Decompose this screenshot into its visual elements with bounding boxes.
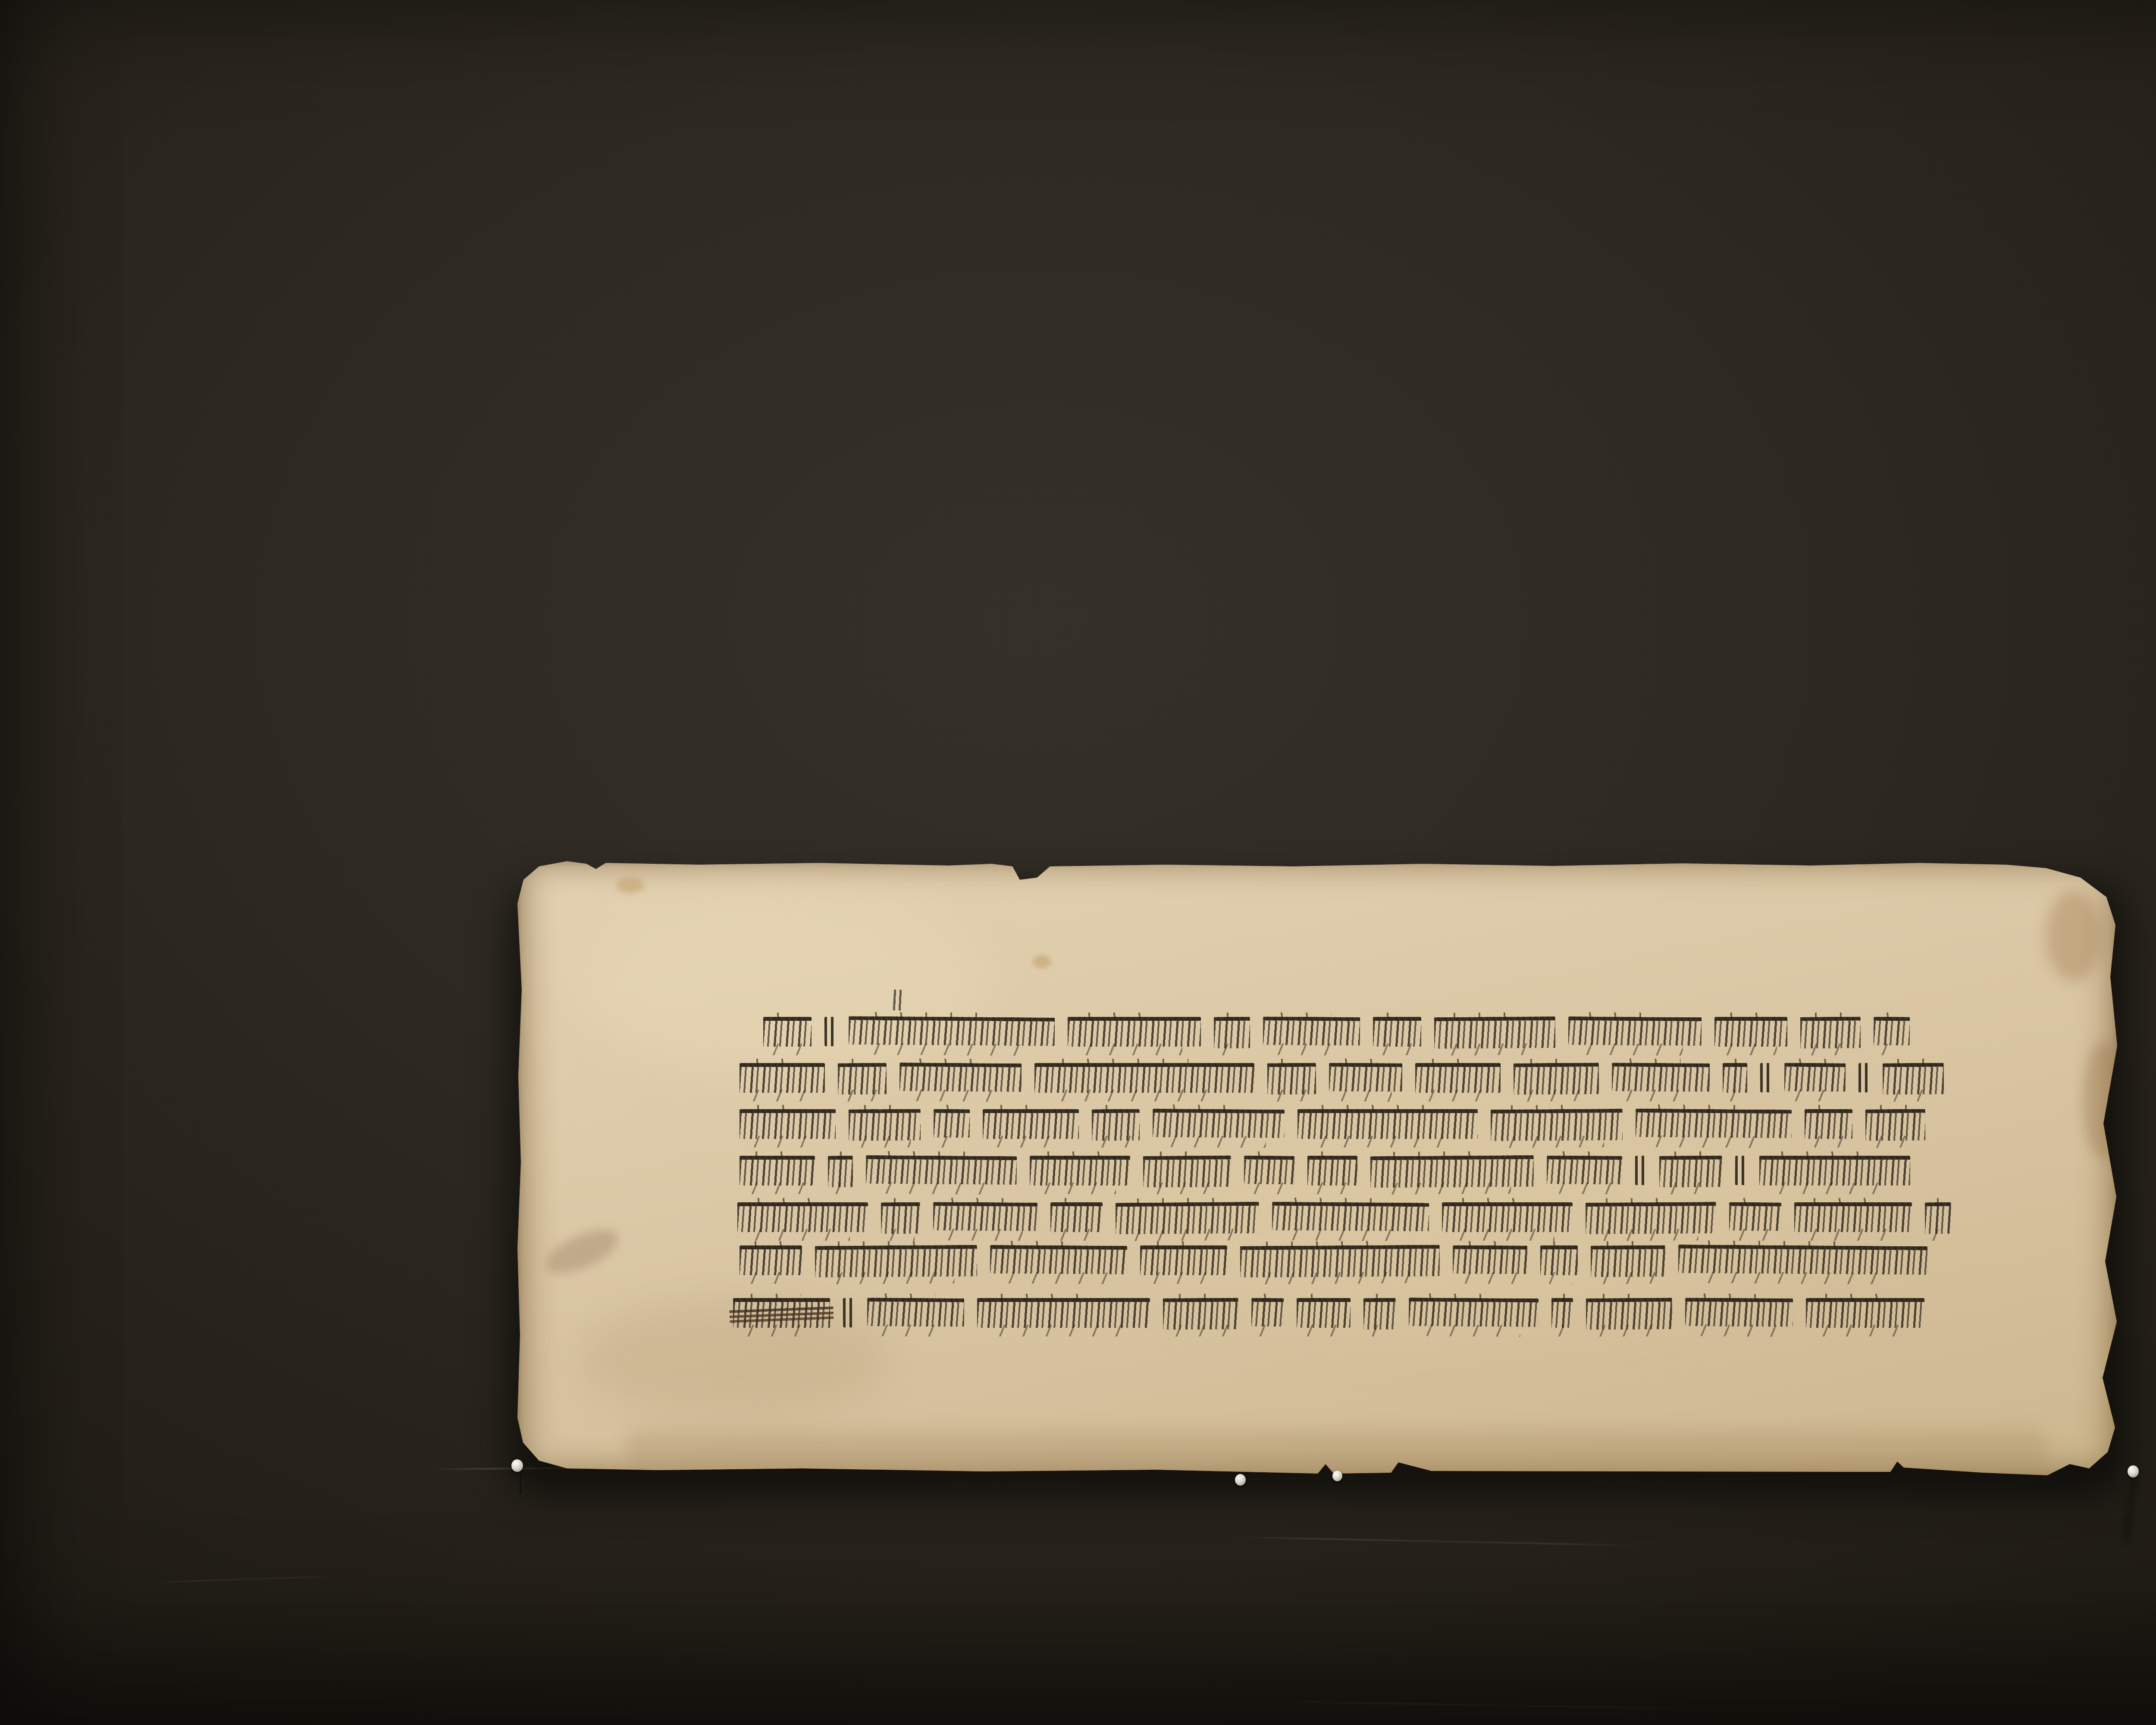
word-stroke bbox=[1805, 1109, 1852, 1139]
word-stroke bbox=[849, 1016, 1055, 1046]
pin bbox=[2128, 1465, 2139, 1477]
word-stroke bbox=[1874, 1017, 1910, 1046]
manuscript-line bbox=[763, 1017, 1910, 1045]
word-stroke bbox=[1307, 1156, 1358, 1186]
danda-mark bbox=[824, 1017, 836, 1046]
word-stroke bbox=[1568, 1016, 1702, 1046]
word-stroke bbox=[1865, 1109, 1926, 1141]
word-stroke bbox=[1373, 1017, 1421, 1047]
word-stroke bbox=[1586, 1202, 1717, 1234]
strikethrough-lines bbox=[730, 1311, 834, 1318]
word-stroke bbox=[1434, 1016, 1556, 1049]
word-stroke bbox=[740, 1063, 825, 1093]
word-stroke bbox=[1267, 1063, 1316, 1095]
word-stroke bbox=[1153, 1109, 1285, 1138]
word-stroke bbox=[1729, 1202, 1781, 1231]
scratch-mark bbox=[155, 1575, 336, 1584]
word-stroke bbox=[1586, 1298, 1673, 1330]
word-stroke bbox=[1163, 1298, 1239, 1330]
manuscript-line bbox=[740, 1063, 1945, 1091]
word-stroke bbox=[1214, 1017, 1250, 1049]
word-stroke bbox=[1491, 1109, 1623, 1141]
word-stroke bbox=[990, 1245, 1127, 1274]
word-stroke bbox=[1883, 1063, 1944, 1095]
struck-word bbox=[733, 1298, 830, 1328]
word-stroke bbox=[1092, 1109, 1140, 1141]
word-stroke bbox=[1050, 1202, 1103, 1232]
manuscript-line bbox=[740, 1156, 1910, 1184]
pin bbox=[511, 1459, 523, 1472]
word-stroke bbox=[899, 1063, 1022, 1092]
word-stroke bbox=[1272, 1202, 1429, 1232]
manuscript-page bbox=[517, 860, 2117, 1479]
danda-mark bbox=[1735, 1156, 1746, 1185]
word-stroke bbox=[1409, 1298, 1539, 1327]
insertion-mark bbox=[893, 989, 903, 1010]
word-stroke bbox=[933, 1202, 1037, 1231]
danda-mark bbox=[1635, 1156, 1646, 1185]
manuscript-photo bbox=[0, 0, 2156, 1725]
manuscript-line bbox=[740, 1245, 1927, 1274]
word-stroke bbox=[1678, 1245, 1927, 1275]
word-stroke bbox=[1297, 1109, 1478, 1139]
word-stroke bbox=[1068, 1017, 1201, 1047]
word-stroke bbox=[1034, 1063, 1254, 1093]
word-stroke bbox=[1551, 1298, 1573, 1328]
word-stroke bbox=[1297, 1298, 1351, 1328]
word-stroke bbox=[1251, 1298, 1284, 1327]
stain bbox=[540, 1221, 624, 1282]
word-stroke bbox=[815, 1245, 978, 1278]
word-stroke bbox=[740, 1109, 836, 1139]
pin-shadow bbox=[2124, 1478, 2136, 1543]
word-stroke bbox=[1329, 1063, 1402, 1091]
word-stroke bbox=[828, 1156, 853, 1187]
word-stroke bbox=[740, 1156, 815, 1186]
word-stroke bbox=[1800, 1017, 1861, 1049]
word-stroke bbox=[1363, 1298, 1396, 1330]
word-stroke bbox=[866, 1155, 1017, 1185]
stain bbox=[2046, 891, 2102, 981]
pin bbox=[1235, 1474, 1246, 1486]
word-stroke bbox=[1240, 1245, 1440, 1277]
word-stroke bbox=[1794, 1202, 1912, 1232]
word-stroke bbox=[1453, 1245, 1527, 1274]
word-stroke bbox=[1685, 1298, 1793, 1327]
scratch-mark bbox=[1272, 1700, 1703, 1709]
word-stroke bbox=[1925, 1202, 1952, 1234]
word-stroke bbox=[737, 1202, 868, 1232]
stain bbox=[625, 1430, 2048, 1466]
word-stroke bbox=[1370, 1155, 1534, 1188]
word-stroke bbox=[1514, 1063, 1599, 1095]
word-stroke bbox=[1547, 1155, 1622, 1184]
word-stroke bbox=[838, 1063, 887, 1095]
stain bbox=[617, 878, 644, 893]
word-stroke bbox=[983, 1109, 1079, 1139]
word-stroke bbox=[934, 1109, 970, 1138]
word-stroke bbox=[763, 1017, 812, 1047]
pin bbox=[1332, 1471, 1342, 1481]
word-stroke bbox=[1759, 1156, 1910, 1186]
danda-mark bbox=[1760, 1063, 1771, 1092]
danda-mark bbox=[1858, 1063, 1870, 1092]
word-stroke bbox=[1659, 1155, 1722, 1187]
stain bbox=[1033, 955, 1051, 968]
scratch-mark bbox=[1229, 1536, 1643, 1546]
word-stroke bbox=[881, 1202, 921, 1234]
word-stroke bbox=[1244, 1156, 1294, 1185]
word-stroke bbox=[1806, 1298, 1924, 1328]
word-stroke bbox=[1415, 1063, 1501, 1093]
word-stroke bbox=[1612, 1063, 1710, 1092]
word-stroke bbox=[1636, 1109, 1792, 1138]
word-stroke bbox=[1540, 1245, 1578, 1275]
word-stroke bbox=[849, 1109, 921, 1141]
word-stroke bbox=[1143, 1155, 1231, 1187]
word-stroke bbox=[1591, 1245, 1666, 1277]
word-stroke bbox=[1030, 1156, 1130, 1186]
danda-mark bbox=[843, 1298, 854, 1327]
word-stroke bbox=[740, 1245, 802, 1275]
word-stroke bbox=[1263, 1016, 1360, 1046]
word-stroke bbox=[1140, 1245, 1227, 1275]
word-stroke bbox=[1442, 1202, 1573, 1232]
word-stroke bbox=[977, 1298, 1150, 1328]
word-stroke bbox=[867, 1298, 964, 1327]
pin-stem bbox=[520, 1471, 522, 1494]
word-stroke bbox=[1714, 1017, 1787, 1047]
word-stroke bbox=[1784, 1063, 1846, 1092]
manuscript-line bbox=[733, 1298, 1925, 1327]
manuscript-line bbox=[740, 1109, 1925, 1138]
word-stroke bbox=[1116, 1202, 1260, 1234]
manuscript-line bbox=[737, 1202, 1951, 1231]
word-stroke bbox=[1723, 1063, 1747, 1093]
